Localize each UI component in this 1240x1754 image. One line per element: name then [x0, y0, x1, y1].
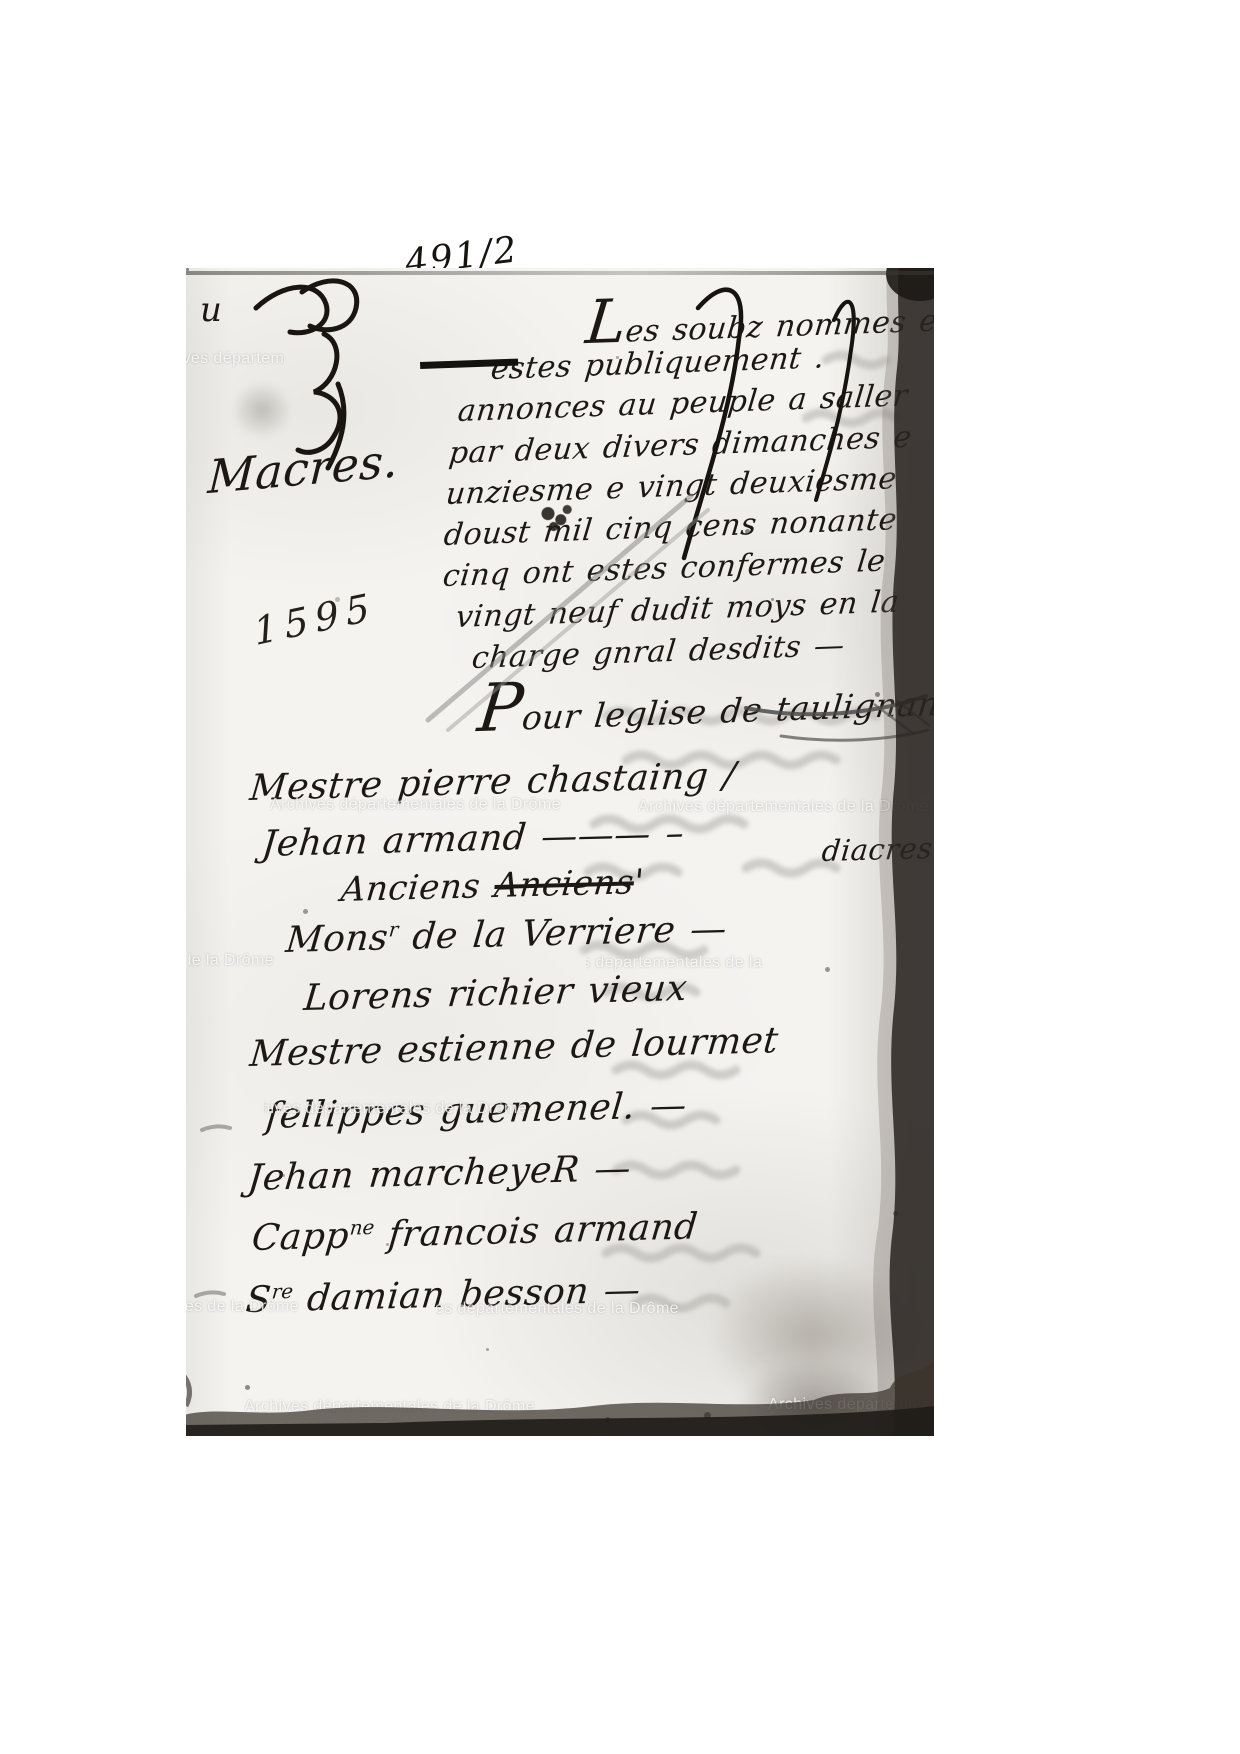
manuscript-page: u Macres. 1595 Les soubz nommes estans e…	[186, 268, 934, 1436]
scanned-document: 491/2	[0, 0, 1240, 1754]
page-edge-right	[186, 268, 934, 1436]
